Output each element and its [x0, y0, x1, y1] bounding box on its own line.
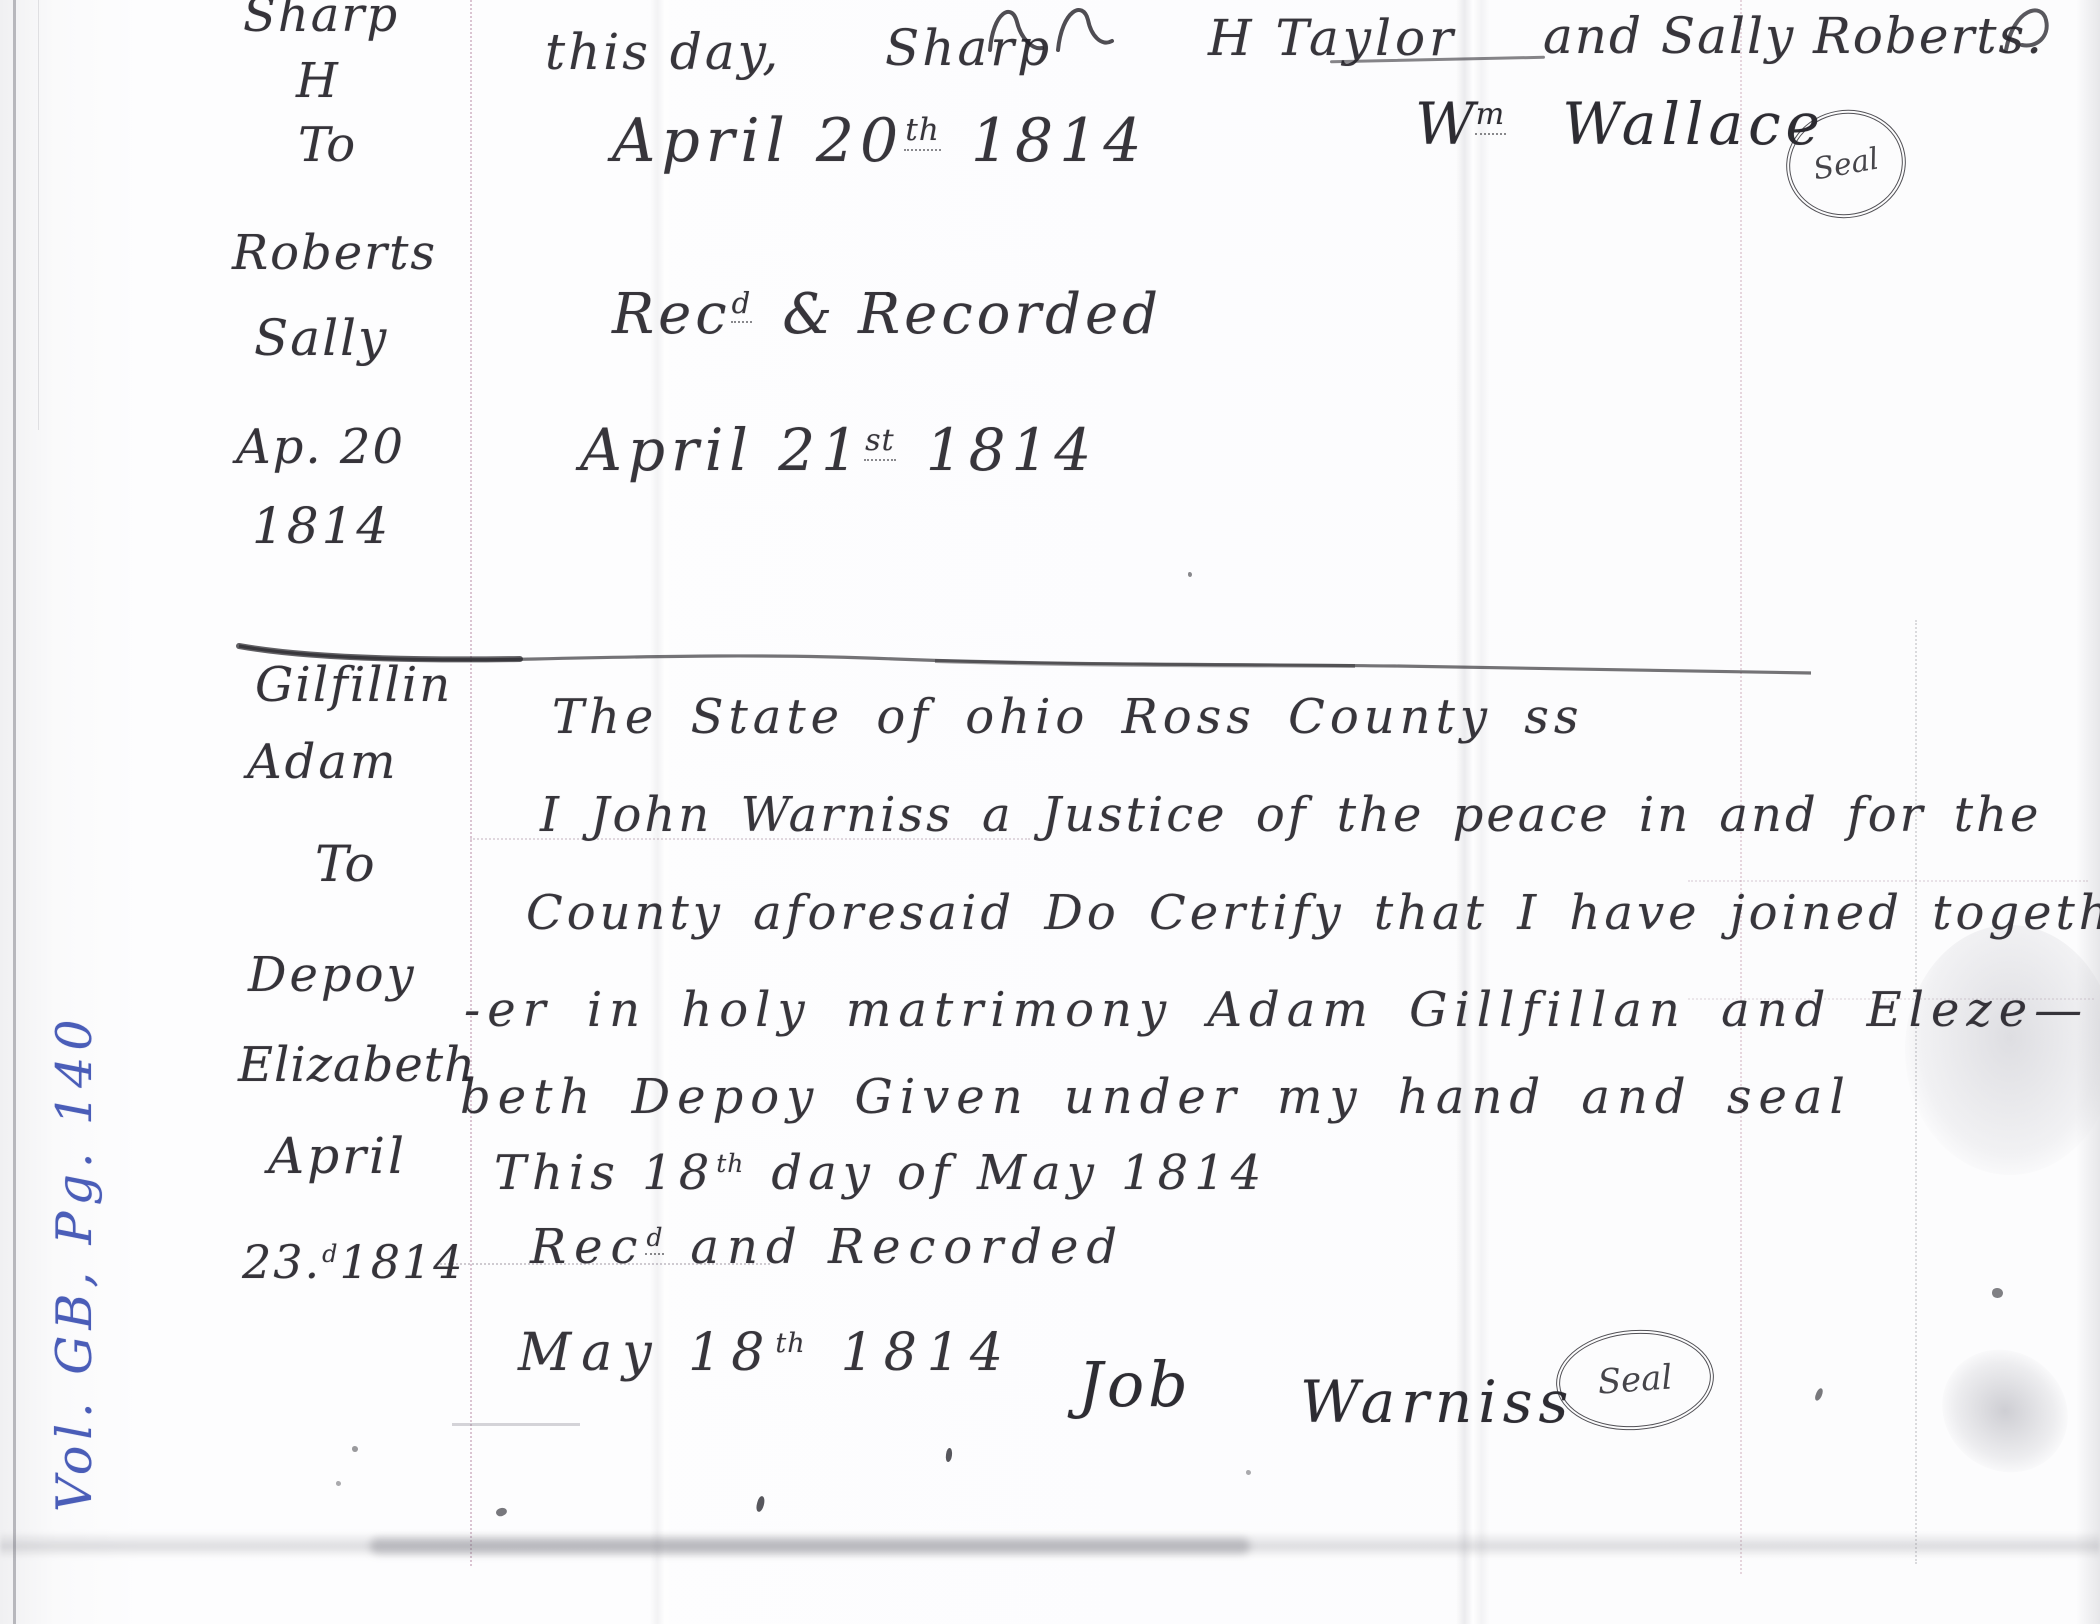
- entry1-margin-to: To: [298, 120, 355, 170]
- recd2-abbrev-sup: d: [645, 1223, 664, 1255]
- archival-volume-page-note: Vol. GB, Pg. 140: [46, 1013, 103, 1512]
- smudge-cloud-right: [1905, 925, 2100, 1175]
- ceremony-date-ordinal: th: [715, 1149, 745, 1179]
- recorded2-date-ordinal: th: [774, 1328, 806, 1360]
- entry2-margin-surname-bride: Depoy: [248, 950, 417, 1000]
- entry2-body-jurisdiction: The State of ohio Ross County ss: [552, 692, 1584, 742]
- bottom-smudge-band-dark: [370, 1538, 1250, 1554]
- ink-speck: [352, 1446, 358, 1452]
- marriage-date-ordinal: th: [904, 112, 941, 151]
- ink-speck: [495, 1506, 508, 1517]
- entry2-body-certify-4: beth Depoy Given under my hand and seal: [460, 1072, 1852, 1122]
- entry1-line1-bride: and Sally Roberts.: [1543, 10, 2044, 63]
- entry1-marriage-date: April 20th1814: [612, 110, 1148, 173]
- entry1-margin-initial: H: [296, 56, 338, 106]
- scan-left-edge-line: [13, 0, 16, 1624]
- recorded-label: & Recorded: [782, 282, 1162, 347]
- entry1-margin-surname-groom: Sharp: [243, 0, 399, 40]
- entry2-margin-date-year: 1814: [339, 1235, 464, 1289]
- scan-left-edge-line-faint: [38, 0, 39, 430]
- entry2-margin-to: To: [315, 838, 375, 891]
- recorded2-date-year: 1814: [841, 1323, 1013, 1383]
- entry2-body-certify-2: County aforesaid Do Certify that I have …: [526, 888, 2100, 938]
- recorded-date-ordinal: st: [864, 423, 896, 461]
- ink-divider-line: [235, 634, 1815, 680]
- smudge-diagonal-bottom-right: [1917, 1324, 2092, 1497]
- officiant-abbrev: m: [1475, 97, 1507, 135]
- entry1-margin-surname-bride: Roberts: [232, 228, 437, 278]
- entry2-justice-signature-last: Warniss: [1300, 1372, 1574, 1433]
- entry2-body-certify-3: -er in holy matrimony Adam Gillfillan an…: [464, 985, 2089, 1035]
- warniss-seal: Seal: [1553, 1325, 1718, 1436]
- scan-right-edge-noise: [2076, 0, 2100, 1624]
- entry1-recorded-date: April 21st1814: [580, 420, 1097, 481]
- bottom-smudge-band: [0, 1532, 2100, 1558]
- entry2-margin-date: 23.d1814: [242, 1238, 465, 1286]
- entry1-line1-groom-first: Sharp: [885, 22, 1052, 75]
- entry2-margin-firstname-groom: Adam: [247, 737, 399, 787]
- ghost-pencil-dash: [452, 1423, 580, 1426]
- officiant-initial: W: [1415, 90, 1475, 158]
- scanned-marriage-register-page: Sharp H To Roberts Sally Ap. 20 1814 thi…: [0, 0, 2100, 1624]
- entry2-margin-date-day: 23.: [242, 1235, 321, 1289]
- entry2-margin-date-ordinal: d: [321, 1240, 339, 1269]
- recd-abbrev-sup: d: [731, 286, 753, 323]
- marriage-date-year: 1814: [971, 106, 1148, 176]
- recd-abbrev-base: Rec: [612, 282, 731, 347]
- entry2-received-recorded: Recdand Recorded: [530, 1222, 1125, 1272]
- entry2-body-certify-1: I John Warniss a Justice of the peace in…: [540, 790, 2041, 840]
- ceremony-date-rest: day of May 1814: [771, 1145, 1267, 1201]
- recorded-date-day: April 21: [580, 416, 864, 484]
- recd2-abbrev-base: Rec: [530, 1219, 645, 1275]
- warniss-seal-label: Seal: [1596, 1357, 1673, 1402]
- entry2-margin-surname-groom: Gilfillin: [255, 660, 452, 710]
- ghost-ruled-line-2: [1688, 880, 2088, 882]
- recorded2-date-day: May 18: [518, 1323, 774, 1383]
- recorded-date-year: 1814: [926, 416, 1098, 484]
- recorded2-label: and Recorded: [690, 1219, 1125, 1275]
- entry2-margin-month: April: [268, 1130, 407, 1183]
- entry1-received-recorded: Recd& Recorded: [612, 286, 1162, 345]
- entry1-line1-this-day: this day,: [545, 26, 781, 79]
- entry2-margin-firstname-bride: Elizabeth: [238, 1040, 476, 1090]
- entry1-margin-date-year: 1814: [252, 500, 391, 553]
- ink-speck: [1992, 1288, 2003, 1298]
- ink-speck: [1814, 1387, 1825, 1401]
- entry1-officiant-signature: WmWallace: [1415, 94, 1825, 155]
- register-column-rule: [470, 0, 472, 1566]
- entry2-justice-signature-first: Job: [1078, 1352, 1192, 1417]
- entry2-recorded-date: May 18th1814: [518, 1326, 1013, 1381]
- officiant-surname: Wallace: [1562, 90, 1825, 158]
- ceremony-date-day: This 18: [494, 1145, 715, 1201]
- entry1-margin-firstname-bride: Sally: [254, 312, 388, 365]
- ink-speck: [1246, 1470, 1251, 1475]
- ink-speck: [755, 1495, 766, 1512]
- ink-speck: [336, 1481, 341, 1486]
- wallace-seal-label: Seal: [1811, 141, 1882, 187]
- marriage-date-day: April 20: [612, 106, 904, 176]
- entry2-body-date-line: This 18thday of May 1814: [494, 1148, 1267, 1198]
- entry1-line1-groom-rest: H Taylor: [1208, 12, 1457, 65]
- faint-rule-right-2: [1915, 620, 1917, 1564]
- ink-speck: [945, 1448, 953, 1463]
- entry1-margin-date-month: Ap. 20: [236, 422, 405, 472]
- ink-speck: [1188, 572, 1192, 577]
